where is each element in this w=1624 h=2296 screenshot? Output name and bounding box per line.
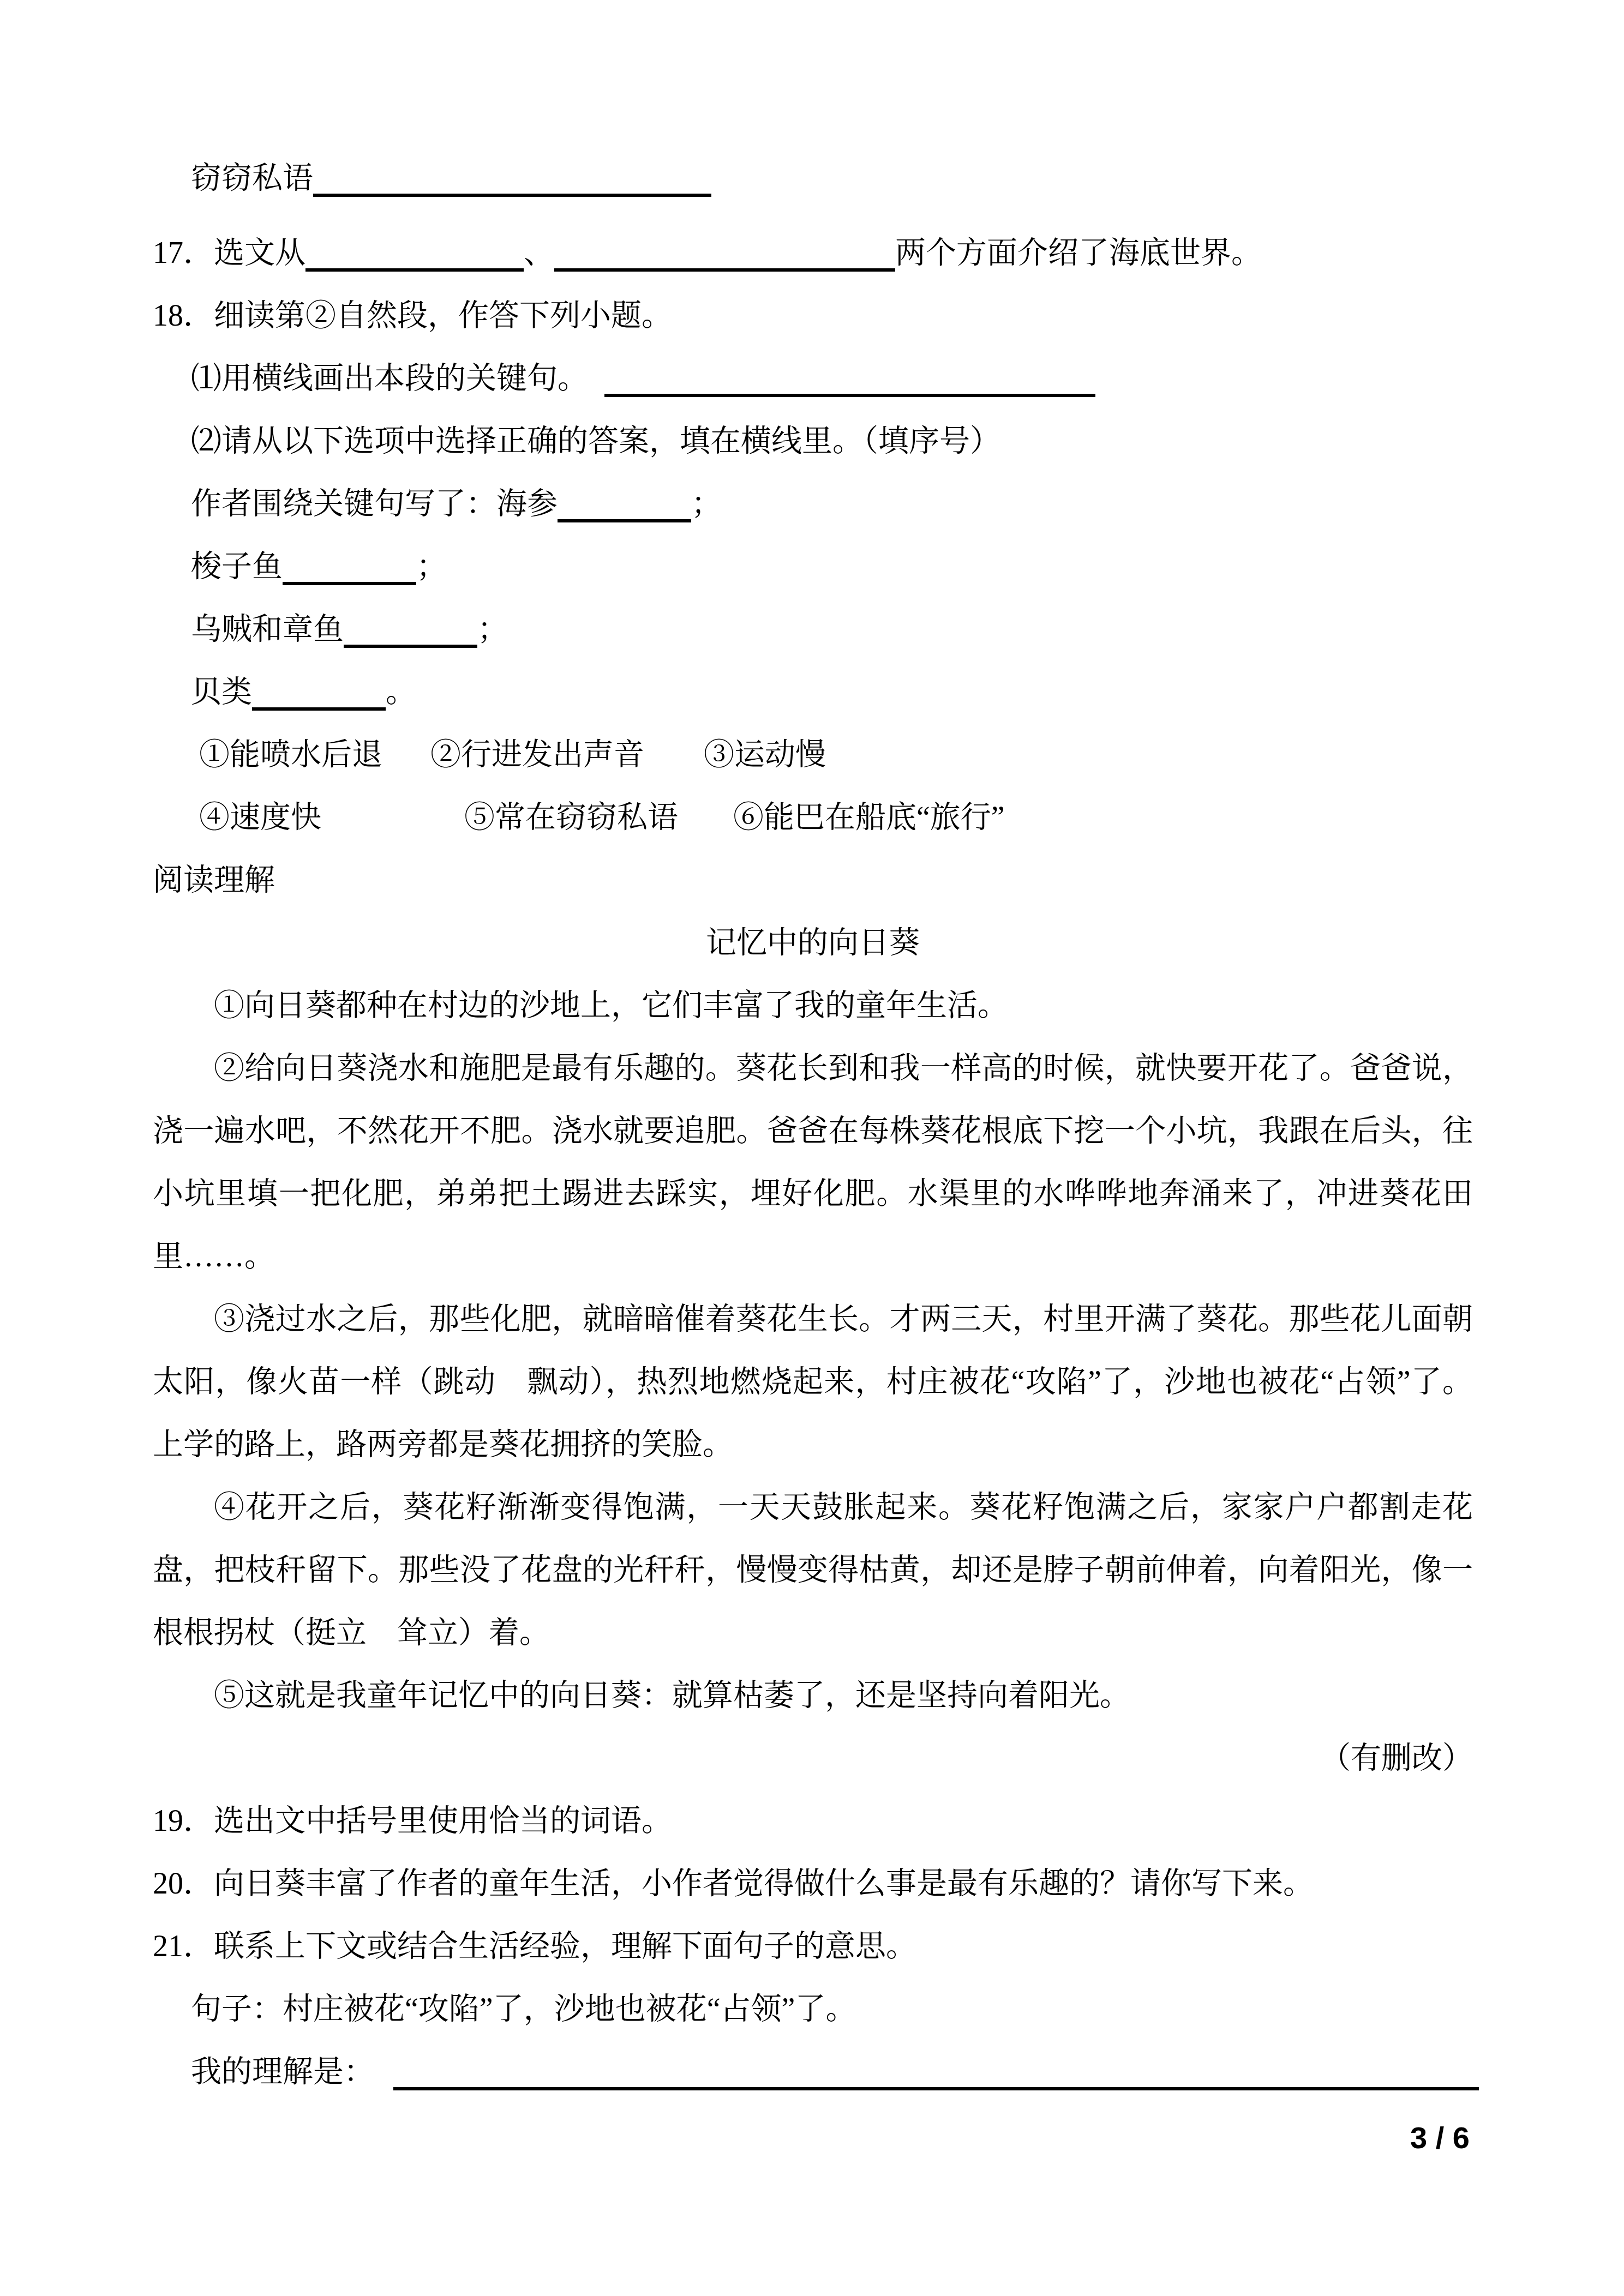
option-item: ④速度快 — [199, 801, 321, 834]
option-item: ⑤常在窃窃私语 — [464, 801, 678, 834]
fill-item-punct: ； — [477, 612, 508, 646]
question-19: 19．选出文中括号里使用恰当的词语。 — [153, 1790, 1473, 1853]
question-18: 18．细读第②自然段，作答下列小题。 — [153, 285, 1473, 347]
fill-item-haishen: 作者围绕关键句写了：海参； — [153, 473, 1473, 536]
answer-blank — [252, 707, 386, 711]
passage-paragraph-1: ①向日葵都种在村边的沙地上，它们丰富了我的童年生活。 — [153, 975, 1473, 1037]
fill-item-punct: ； — [691, 487, 722, 521]
question-number: 20． — [153, 1867, 214, 1901]
fill-blank-label: 窃窃私语 — [191, 161, 313, 195]
fill-item-punct: ； — [416, 550, 447, 584]
passage-attribution: （有删改） — [153, 1727, 1473, 1790]
fill-item-label: 乌贼和章鱼 — [191, 612, 344, 646]
answer-label: 我的理解是： — [191, 2055, 374, 2089]
page-content: 窃窃私语 17．选文从、两个方面介绍了海底世界。 18．细读第②自然段，作答下列… — [0, 0, 1624, 2103]
answer-blank — [313, 194, 711, 197]
option-item: ②行进发出声音 — [430, 738, 644, 772]
page-number: 3 / 6 — [1410, 2121, 1470, 2154]
answer-blank — [393, 2087, 1479, 2090]
question-text: 选出文中括号里使用恰当的词语。 — [214, 1804, 672, 1838]
option-item: ①能喷水后退 — [199, 738, 382, 772]
question-18-sub2: ⑵请从以下选项中选择正确的答案，填在横线里。（填序号） — [153, 410, 1473, 473]
question-text: 两个方面介绍了海底世界。 — [895, 236, 1262, 270]
question-text: 选文从 — [214, 236, 305, 270]
sub-question-text: ⑵请从以下选项中选择正确的答案，填在横线里。（填序号） — [191, 424, 1000, 458]
question-number: 21． — [153, 1930, 214, 1963]
question-text: 细读第②自然段，作答下列小题。 — [214, 299, 672, 333]
question-21: 21．联系上下文或结合生活经验，理解下面句子的意思。 — [153, 1915, 1473, 1978]
question-number: 19． — [153, 1804, 214, 1838]
question-20: 20．向日葵丰富了作者的童年生活，小作者觉得做什么事是最有乐趣的？请你写下来。 — [153, 1853, 1473, 1915]
answer-blank — [283, 582, 416, 585]
question-text: 向日葵丰富了作者的童年生活，小作者觉得做什么事是最有乐趣的？请你写下来。 — [214, 1867, 1314, 1901]
separator: 、 — [524, 236, 554, 270]
reading-section-label: 阅读理解 — [153, 849, 1473, 912]
option-item: ③运动慢 — [704, 738, 826, 772]
passage-title: 记忆中的向日葵 — [153, 912, 1473, 975]
fill-item-punct: 。 — [386, 675, 416, 709]
question-21-answer-line: 我的理解是： — [153, 2041, 1473, 2103]
question-text: 联系上下文或结合生活经验，理解下面句子的意思。 — [214, 1930, 916, 1963]
options-row-2: ④速度快⑤常在窃窃私语⑥能巴在船底“旅行” — [153, 786, 1473, 849]
passage-paragraph-4: ④花开之后，葵花籽渐渐变得饱满，一天天鼓胀起来。葵花籽饱满之后，家家户户都割走花… — [153, 1476, 1473, 1664]
passage-paragraph-2: ②给向日葵浇水和施肥是最有乐趣的。葵花长到和我一样高的时候，就快要开花了。爸爸说… — [153, 1037, 1473, 1288]
fill-item-label: 贝类 — [191, 675, 252, 709]
question-number: 17． — [153, 236, 214, 270]
options-row-1: ①能喷水后退②行进发出声音③运动慢 — [153, 724, 1473, 786]
sub-question-text: ⑴用横线画出本段的关键句。 — [191, 362, 588, 395]
fill-item-wuzei: 乌贼和章鱼； — [153, 598, 1473, 661]
question-18-sub1: ⑴用横线画出本段的关键句。 — [153, 347, 1473, 410]
fill-item-beilei: 贝类。 — [153, 661, 1473, 724]
answer-blank — [305, 268, 524, 272]
passage-paragraph-3: ③浇过水之后，那些化肥，就暗暗催着葵花生长。才两三天，村里开满了葵花。那些花儿面… — [153, 1288, 1473, 1476]
fill-item-label: 作者围绕关键句写了：海参 — [191, 487, 558, 521]
answer-blank — [604, 394, 1095, 397]
option-item: ⑥能巴在船底“旅行” — [733, 801, 1005, 834]
fill-item-suoziyu: 梭子鱼； — [153, 536, 1473, 598]
passage-paragraph-5: ⑤这就是我童年记忆中的向日葵：就算枯萎了，还是坚持向着阳光。 — [153, 1664, 1473, 1727]
fill-item-label: 梭子鱼 — [191, 550, 283, 584]
question-21-sentence: 句子：村庄被花“攻陷”了，沙地也被花“占领”了。 — [153, 1978, 1473, 2041]
exam-page: 窃窃私语 17．选文从、两个方面介绍了海底世界。 18．细读第②自然段，作答下列… — [0, 0, 1624, 2296]
fill-blank-line-qieqie: 窃窃私语 — [153, 147, 1473, 210]
question-17: 17．选文从、两个方面介绍了海底世界。 — [153, 222, 1473, 285]
answer-blank — [344, 645, 477, 648]
answer-blank — [554, 268, 895, 272]
question-number: 18． — [153, 299, 214, 333]
answer-blank — [558, 519, 691, 522]
